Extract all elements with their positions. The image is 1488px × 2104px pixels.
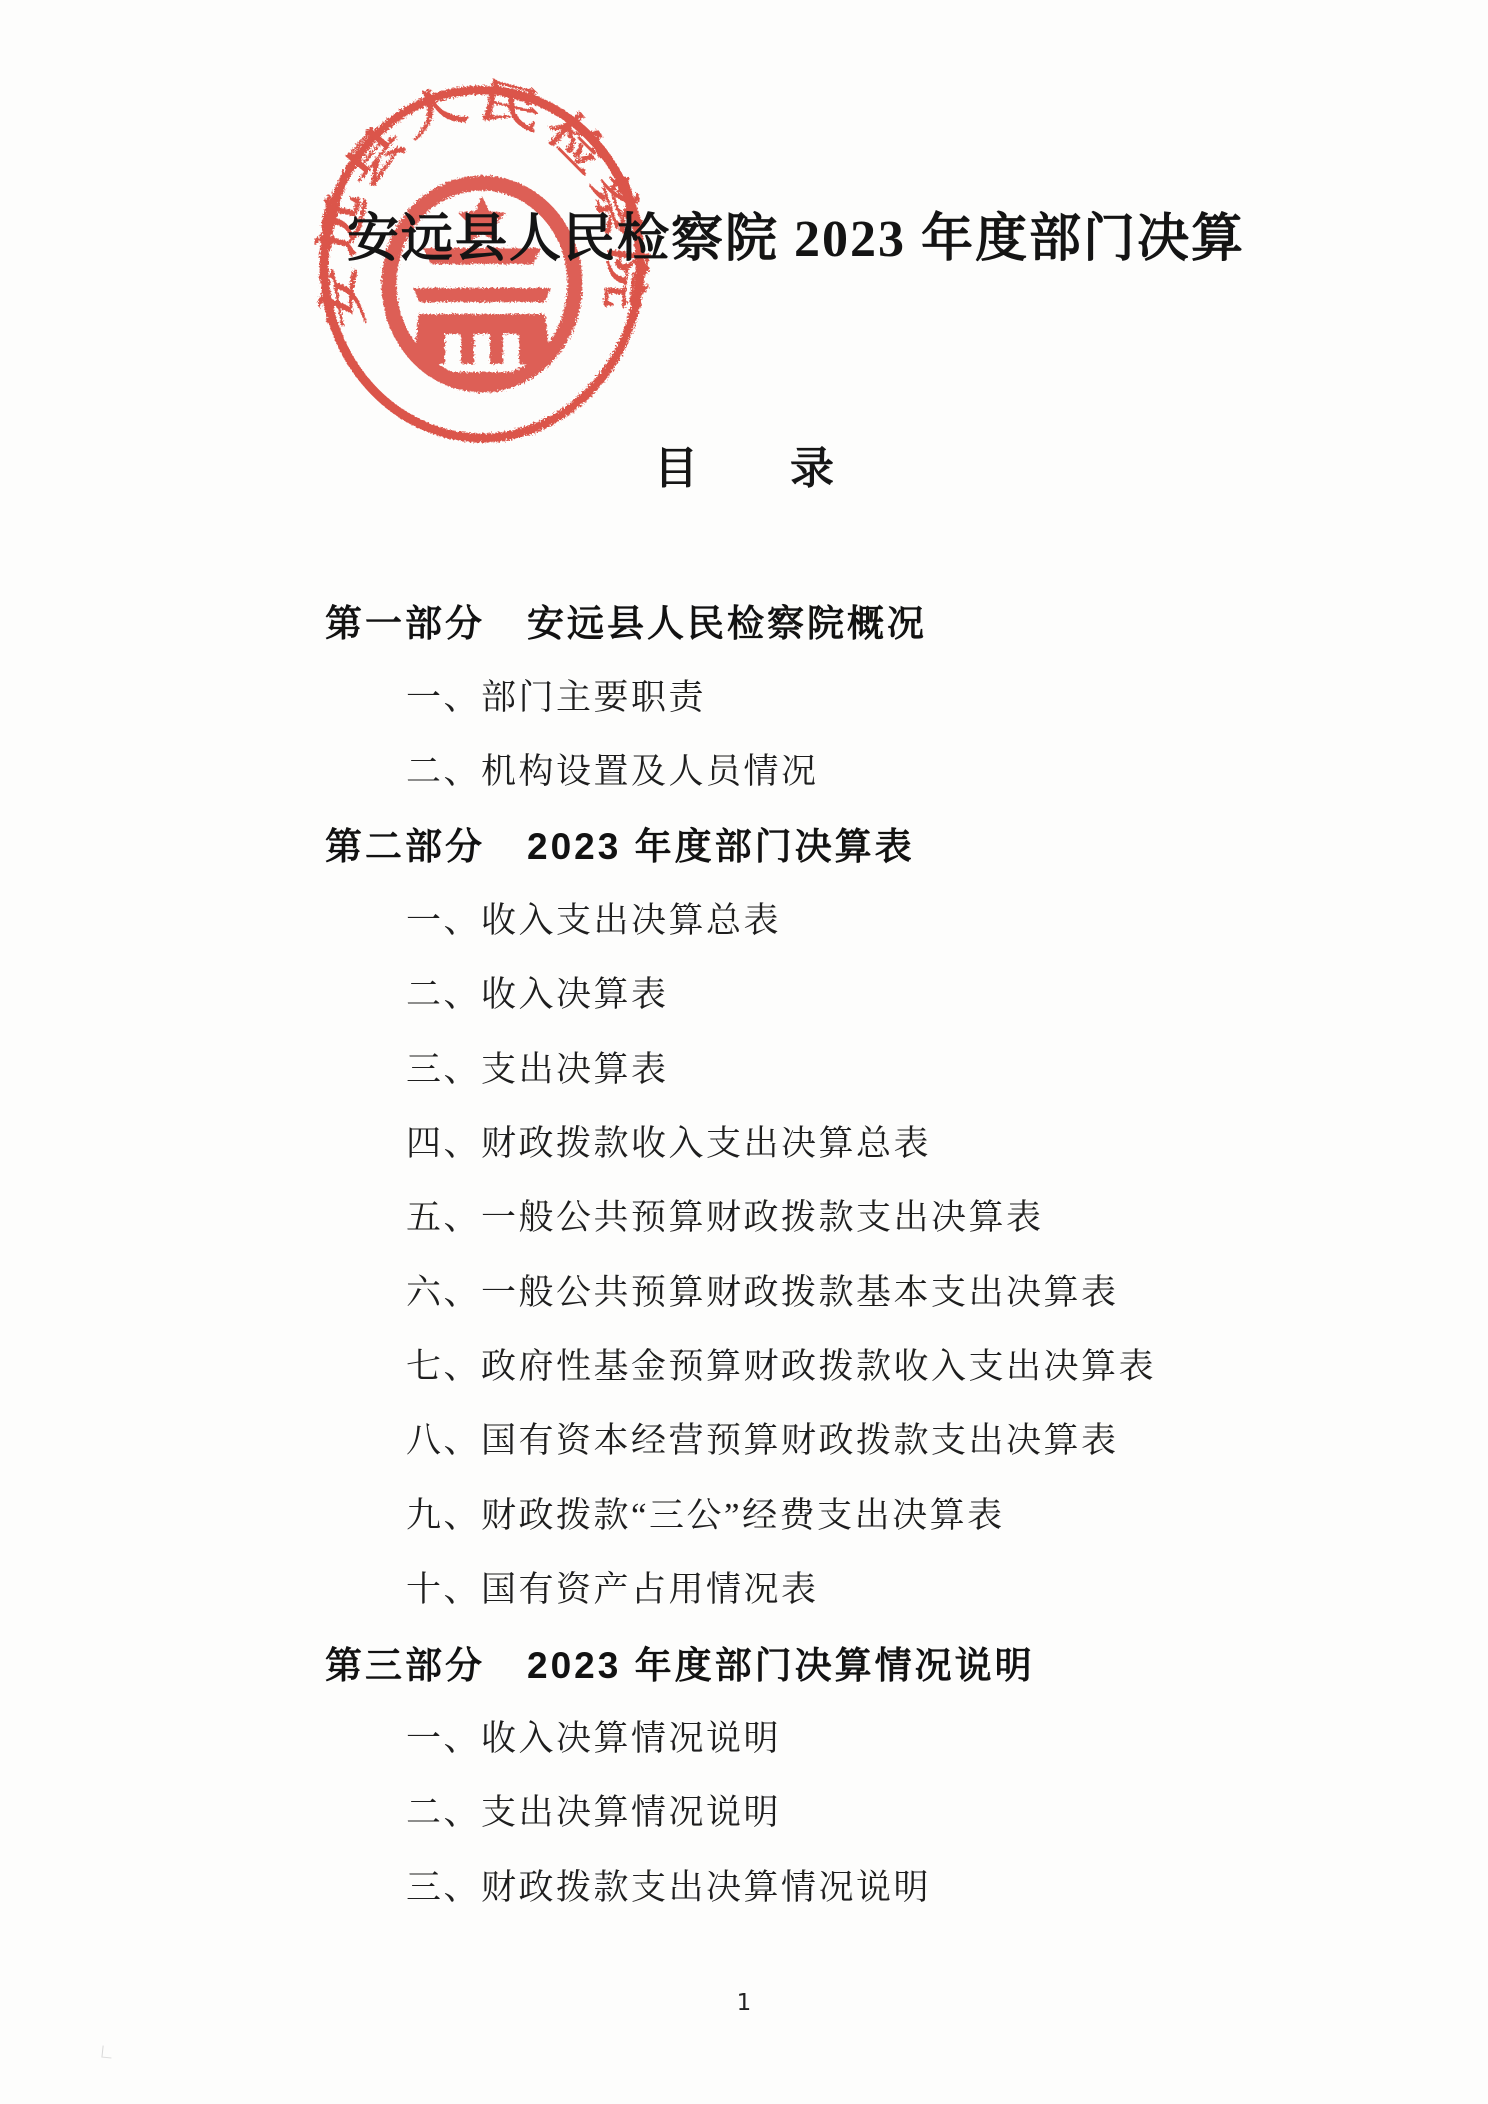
toc-item: 二、支出决算情况说明	[0, 1773, 1488, 1847]
toc-section-title: 2023 年度部门决算表	[527, 816, 915, 870]
toc-section-part-label: 第三部分	[325, 1635, 485, 1689]
toc-section-title: 安远县人民检察院概况	[527, 593, 927, 647]
toc-item: 十、国有资产占用情况表	[0, 1550, 1488, 1624]
toc-section-part-label: 第一部分	[325, 593, 485, 647]
scan-artifact	[101, 2046, 112, 2059]
toc-section-title: 2023 年度部门决算情况说明	[527, 1635, 1035, 1689]
toc-heading: 目 录	[0, 432, 1488, 496]
toc-item: 二、收入决算表	[0, 955, 1488, 1029]
document-title: 安远县人民检察院 2023 年度部门决算	[347, 196, 1245, 271]
page-number: 1	[0, 1990, 1488, 2016]
toc-item: 五、一般公共预算财政拨款支出决算表	[0, 1178, 1488, 1252]
toc-item: 八、国有资本经营预算财政拨款支出决算表	[0, 1401, 1488, 1475]
toc-item: 一、收入支出决算总表	[0, 881, 1488, 955]
toc-item: 三、支出决算表	[0, 1029, 1488, 1103]
document-page: 安远县人民检察院 安远县人民	[0, 0, 1488, 2104]
toc-list: 第一部分安远县人民检察院概况一、部门主要职责二、机构设置及人员情况第二部分202…	[0, 583, 1488, 1922]
toc-item: 三、财政拨款支出决算情况说明	[0, 1848, 1488, 1922]
toc-item: 二、机构设置及人员情况	[0, 732, 1488, 806]
toc-item: 九、财政拨款“三公”经费支出决算表	[0, 1476, 1488, 1550]
toc-heading-left-char: 目	[654, 432, 698, 496]
toc-section-heading: 第三部分2023 年度部门决算情况说明	[0, 1624, 1488, 1698]
toc-section-part-label: 第二部分	[325, 816, 485, 870]
toc-item: 七、政府性基金预算财政拨款收入支出决算表	[0, 1327, 1488, 1401]
toc-item: 一、收入决算情况说明	[0, 1699, 1488, 1773]
toc-heading-right-char: 录	[790, 432, 834, 496]
toc-item: 六、一般公共预算财政拨款基本支出决算表	[0, 1253, 1488, 1327]
toc-item: 四、财政拨款收入支出决算总表	[0, 1104, 1488, 1178]
toc-item: 一、部门主要职责	[0, 657, 1488, 731]
toc-section-heading: 第二部分2023 年度部门决算表	[0, 806, 1488, 880]
toc-section-heading: 第一部分安远县人民检察院概况	[0, 583, 1488, 657]
